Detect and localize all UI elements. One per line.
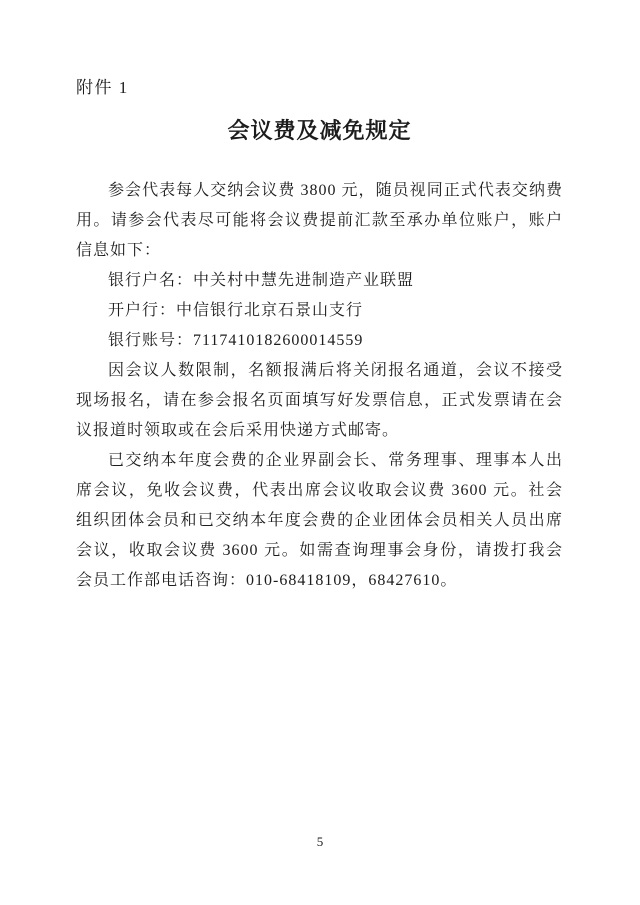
paragraph-fee-info: 参会代表每人交纳会议费 3800 元，随员视同正式代表交纳费用。请参会代表尽可能… bbox=[76, 176, 563, 266]
attachment-label: 附件 1 bbox=[76, 76, 563, 100]
bank-account-number-line: 银行账号：7117410182600014559 bbox=[76, 326, 563, 356]
page-number: 5 bbox=[0, 833, 640, 851]
paragraph-member-discount: 已交纳本年度会费的企业界副会长、常务理事、理事本人出席会议，免收会议费，代表出席… bbox=[76, 446, 563, 596]
bank-branch-line: 开户行：中信银行北京石景山支行 bbox=[76, 296, 563, 326]
document-page: 附件 1 会议费及减免规定 参会代表每人交纳会议费 3800 元，随员视同正式代… bbox=[0, 0, 640, 905]
paragraph-registration-invoice: 因会议人数限制，名额报满后将关闭报名通道，会议不接受现场报名，请在参会报名页面填… bbox=[76, 356, 563, 446]
bank-account-name-line: 银行户名：中关村中慧先进制造产业联盟 bbox=[76, 266, 563, 296]
document-title: 会议费及减免规定 bbox=[76, 116, 563, 146]
document-body: 参会代表每人交纳会议费 3800 元，随员视同正式代表交纳费用。请参会代表尽可能… bbox=[76, 176, 563, 596]
